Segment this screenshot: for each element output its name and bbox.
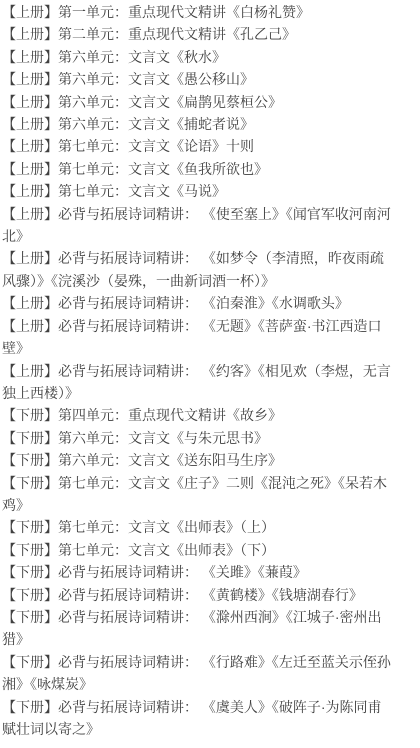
syllabus-item: 【上册】第六单元：文言文《愚公移山》	[2, 68, 393, 90]
syllabus-list: 【上册】第一单元：重点现代文精讲《白杨礼赞》 【上册】第二单元：重点现代文精讲《…	[0, 0, 420, 740]
syllabus-item: 【下册】必背与拓展诗词精讲： 《黄鹤楼》《钱塘湖春行》	[2, 584, 393, 606]
syllabus-item: 【下册】第六单元：文言文《与朱元思书》	[2, 427, 393, 449]
syllabus-item: 【上册】必背与拓展诗词精讲： 《约客》《相见欢（李煜，无言独上西楼）》	[2, 360, 393, 405]
syllabus-item: 【下册】第七单元：文言文《出师表》（上）	[2, 516, 393, 538]
syllabus-item: 【上册】必背与拓展诗词精讲： 《如梦令（李清照，昨夜雨疏风骤）》《浣溪沙（晏殊，…	[2, 247, 393, 292]
syllabus-item: 【上册】第六单元：文言文《扁鹊见蔡桓公》	[2, 91, 393, 113]
syllabus-item: 【上册】必背与拓展诗词精讲： 《泊秦淮》《水调歌头》	[2, 292, 393, 314]
syllabus-item: 【下册】第七单元：文言文《出师表》（下）	[2, 539, 393, 561]
syllabus-item: 【下册】必背与拓展诗词精讲： 《关雎》《蒹葭》	[2, 561, 393, 583]
syllabus-item: 【上册】第一单元：重点现代文精讲《白杨礼赞》	[2, 1, 393, 23]
syllabus-item: 【上册】第六单元：文言文《捕蛇者说》	[2, 113, 393, 135]
syllabus-item: 【下册】必背与拓展诗词精讲： 《行路难》《左迁至蓝关示侄孙湘》《咏煤炭》	[2, 651, 393, 696]
syllabus-item: 【下册】第四单元：重点现代文精讲《故乡》	[2, 404, 393, 426]
syllabus-item: 【下册】第七单元：文言文《庄子》二则《混沌之死》《呆若木鸡》	[2, 472, 393, 517]
syllabus-item: 【上册】第七单元：文言文《鱼我所欲也》	[2, 158, 393, 180]
syllabus-item: 【上册】第二单元：重点现代文精讲《孔乙己》	[2, 23, 393, 45]
syllabus-item: 【上册】第六单元：文言文《秋水》	[2, 46, 393, 68]
syllabus-item: 【下册】第六单元：文言文《送东阳马生序》	[2, 449, 393, 471]
syllabus-item: 【上册】第七单元：文言文《论语》十则	[2, 135, 393, 157]
syllabus-item: 【上册】必背与拓展诗词精讲： 《无题》《菩萨蛮·书江西造口壁》	[2, 315, 393, 360]
syllabus-item: 【下册】必背与拓展诗词精讲： 《虞美人》《破阵子·为陈同甫赋壮词以寄之》	[2, 696, 393, 741]
syllabus-item: 【上册】第七单元：文言文《马说》	[2, 180, 393, 202]
syllabus-item: 【上册】必背与拓展诗词精讲： 《使至塞上》《闻官军收河南河北》	[2, 203, 393, 248]
syllabus-item: 【下册】必背与拓展诗词精讲： 《滁州西涧》《江城子·密州出猎》	[2, 606, 393, 651]
